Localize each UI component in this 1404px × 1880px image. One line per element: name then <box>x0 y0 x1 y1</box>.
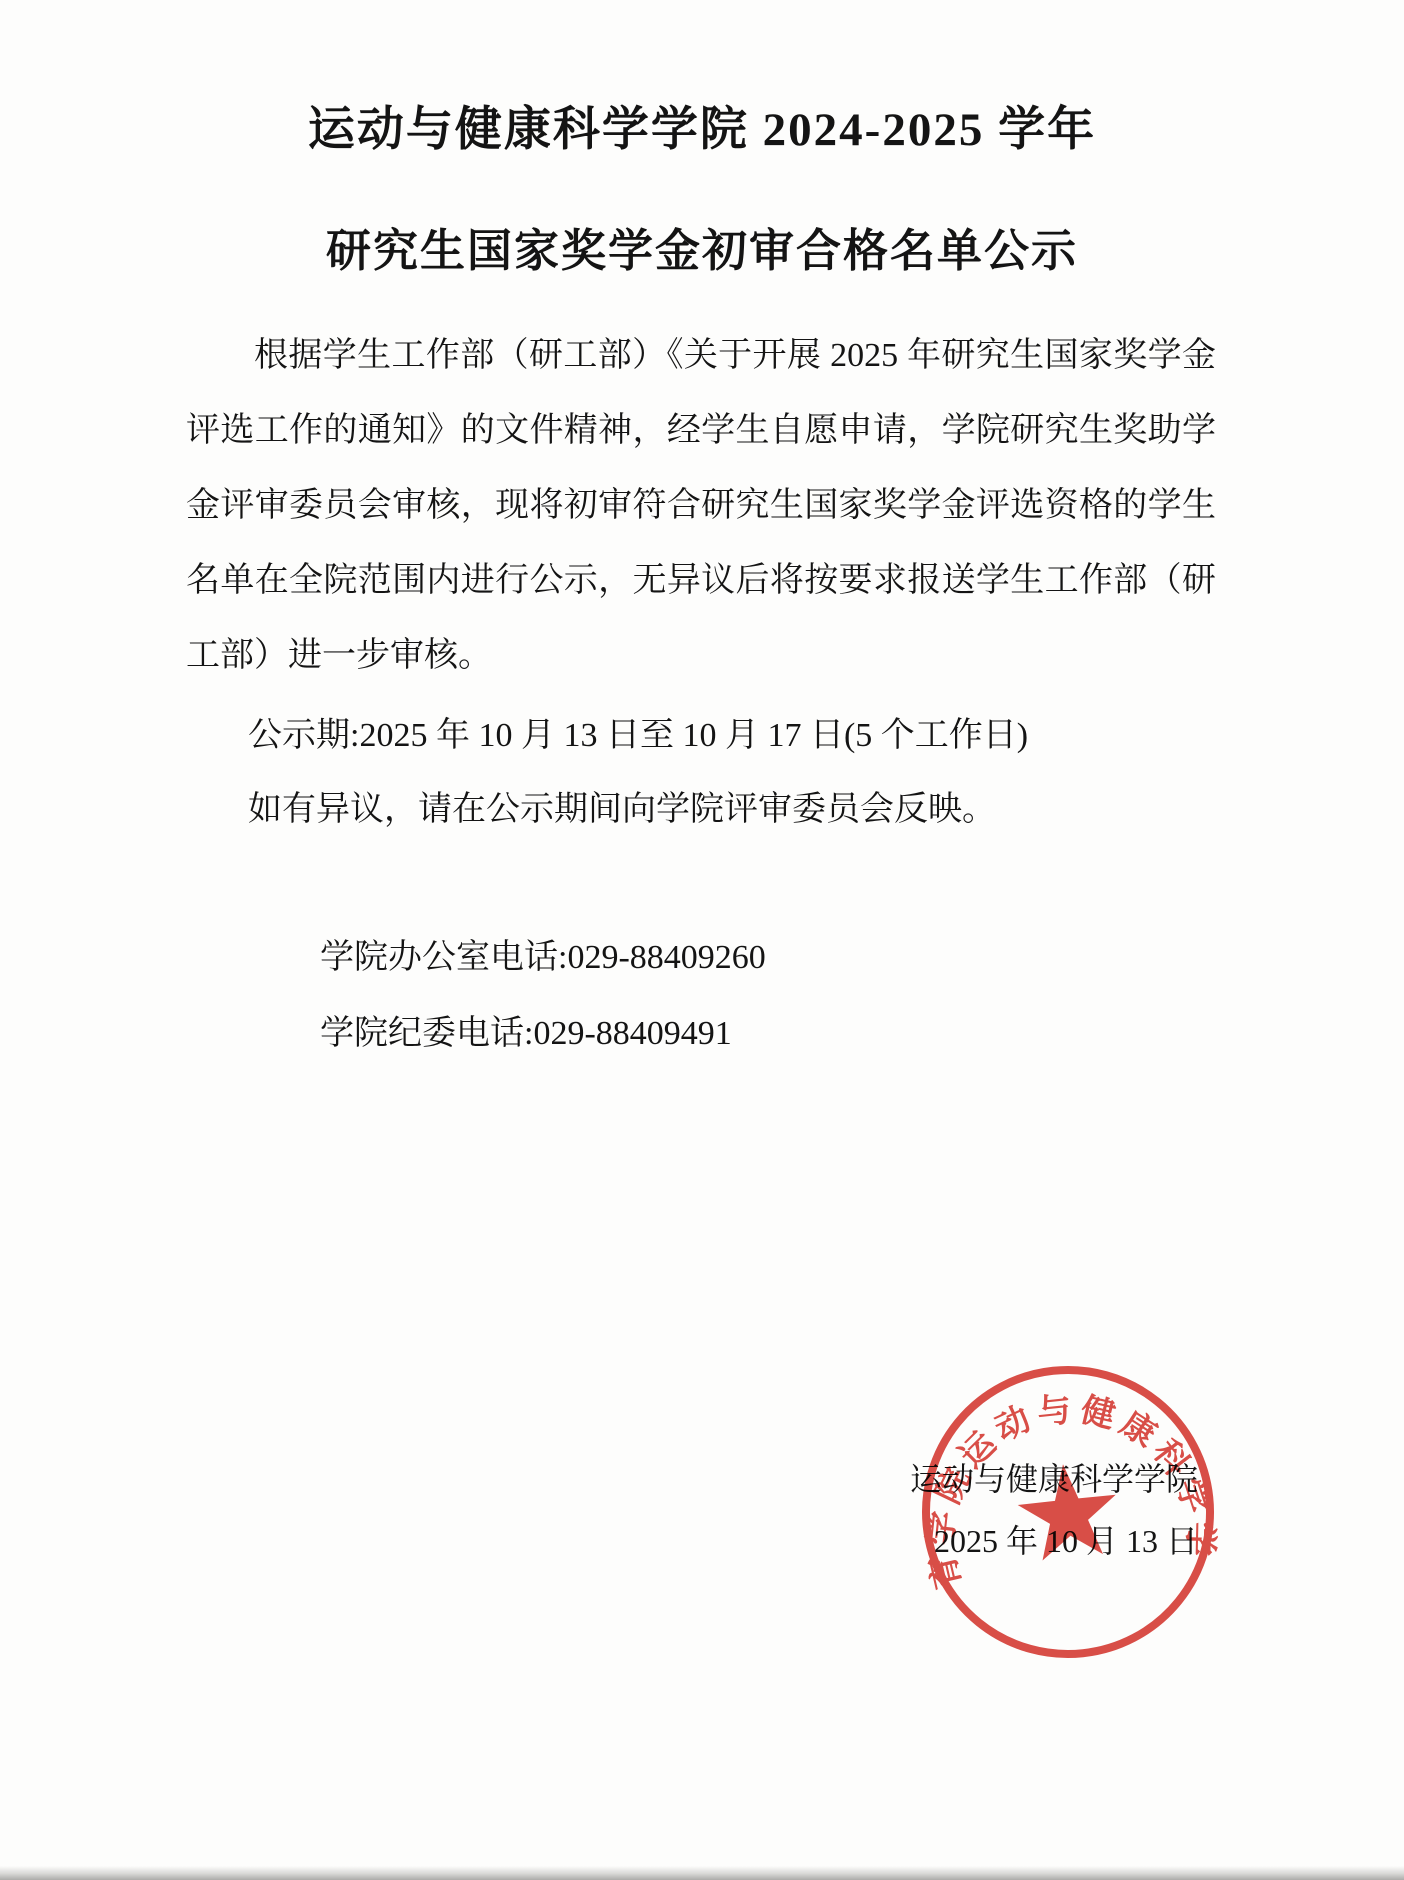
discipline-phone-line: 学院纪委电话:029-88409491 <box>320 996 732 1071</box>
office-phone-line: 学院办公室电话:029-88409260 <box>320 920 766 995</box>
main-paragraph: 根据学生工作部（研工部）《关于开展 2025 年研究生国家奖学金 评选工作的通知… <box>186 318 1216 693</box>
publicity-period-line: 公示期:2025 年 10 月 13 日至 10 月 17 日(5 个工作日) <box>186 698 1216 773</box>
paragraph-line: 根据学生工作部（研工部）《关于开展 2025 年研究生国家奖学金 <box>186 318 1216 393</box>
paragraph-line: 金评审委员会审核，现将初审符合研究生国家奖学金评选资格的学生 <box>186 468 1216 543</box>
signature-college-name: 运动与健康科学学院 <box>910 1448 1198 1510</box>
objection-instruction-line: 如有异议，请在公示期间向学院评审委员会反映。 <box>186 772 1216 847</box>
document-page: 运动与健康科学学院 2024-2025 学年 研究生国家奖学金初审合格名单公示 … <box>0 0 1404 1880</box>
signature-date: 2025 年 10 月 13 日 <box>910 1510 1198 1572</box>
scan-bottom-edge <box>0 1866 1404 1880</box>
paragraph-line: 工部）进一步审核。 <box>186 618 1216 693</box>
document-title-line2: 研究生国家奖学金初审合格名单公示 <box>0 214 1404 279</box>
signature-block: 运动与健康科学学院 2025 年 10 月 13 日 <box>910 1448 1198 1572</box>
paragraph-line: 评选工作的通知》的文件精神，经学生自愿申请，学院研究生奖助学 <box>186 393 1216 468</box>
paragraph-line: 名单在全院范围内进行公示，无异议后将按要求报送学生工作部（研 <box>186 543 1216 618</box>
document-title-line1: 运动与健康科学学院 2024-2025 学年 <box>0 92 1404 159</box>
